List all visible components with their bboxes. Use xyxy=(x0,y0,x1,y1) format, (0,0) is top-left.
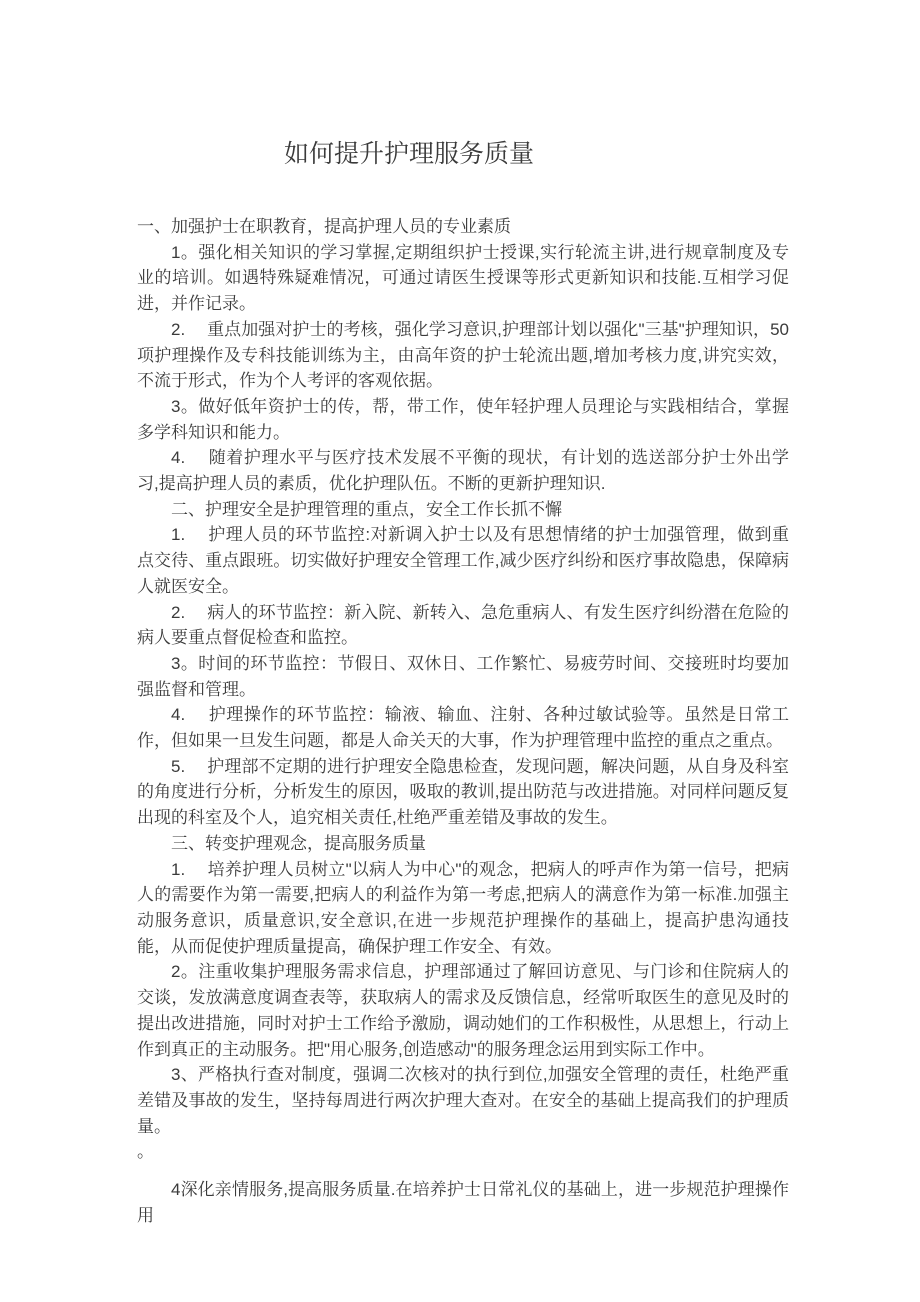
paragraph: 4. 随着护理水平与医疗技术发展不平衡的现状，有计划的选送部分护士外出学习,提高… xyxy=(137,445,789,496)
paragraph: 1. 护理人员的环节监控:对新调入护士以及有思想情绪的护士加强管理，做到重点交待… xyxy=(137,522,789,599)
paragraph: 3。做好低年资护士的传，帮，带工作，使年轻护理人员理论与实践相结合，掌握多学科知… xyxy=(137,394,789,445)
section-heading: 二、护理安全是护理管理的重点，安全工作长抓不懈 xyxy=(137,497,789,523)
paragraph: 4深化亲情服务,提高服务质量.在培养护士日常礼仪的基础上，进一步规范护理操作用 xyxy=(137,1177,789,1228)
paragraph: 4. 护理操作的环节监控：输液、输血、注射、各种过敏试验等。虽然是日常工作，但如… xyxy=(137,702,789,753)
paragraph: 2. 重点加强对护士的考核，强化学习意识,护理部计划以强化"三基"护理知识，50… xyxy=(137,317,789,394)
paragraph: 1。强化相关知识的学习掌握,定期组织护士授课,实行轮流主讲,进行规章制度及专业的… xyxy=(137,240,789,317)
paragraph: 5. 护理部不定期的进行护理安全隐患检查，发现问题，解决问题，从自身及科室的角度… xyxy=(137,754,789,831)
paragraph: 2。注重收集护理服务需求信息，护理部通过了解回访意见、与门诊和住院病人的交谈，发… xyxy=(137,959,789,1062)
paragraph: 2. 病人的环节监控：新入院、新转入、急危重病人、有发生医疗纠纷潜在危险的病人要… xyxy=(137,600,789,651)
document-title: 如何提升护理服务质量 xyxy=(83,0,735,170)
document-body: 一、加强护士在职教育，提高护理人员的专业素质1。强化相关知识的学习掌握,定期组织… xyxy=(137,214,789,1228)
paragraph: 3。时间的环节监控：节假日、双休日、工作繁忙、易疲劳时间、交接班时均要加强监督和… xyxy=(137,651,789,702)
paragraph: 1. 培养护理人员树立"以病人为中心"的观念，把病人的呼声作为第一信号，把病人的… xyxy=(137,857,789,960)
document-page: { "colors": { "background": "#ffffff", "… xyxy=(0,0,920,1302)
section-heading: 一、加强护士在职教育，提高护理人员的专业素质 xyxy=(137,214,789,240)
page: 如何提升护理服务质量 一、加强护士在职教育，提高护理人员的专业素质1。强化相关知… xyxy=(137,0,789,1228)
paragraph: 。 xyxy=(137,1139,789,1165)
paragraph: 3、严格执行查对制度，强调二次核对的执行到位,加强安全管理的责任，杜绝严重差错及… xyxy=(137,1062,789,1139)
section-heading: 三、转变护理观念，提高服务质量 xyxy=(137,831,789,857)
